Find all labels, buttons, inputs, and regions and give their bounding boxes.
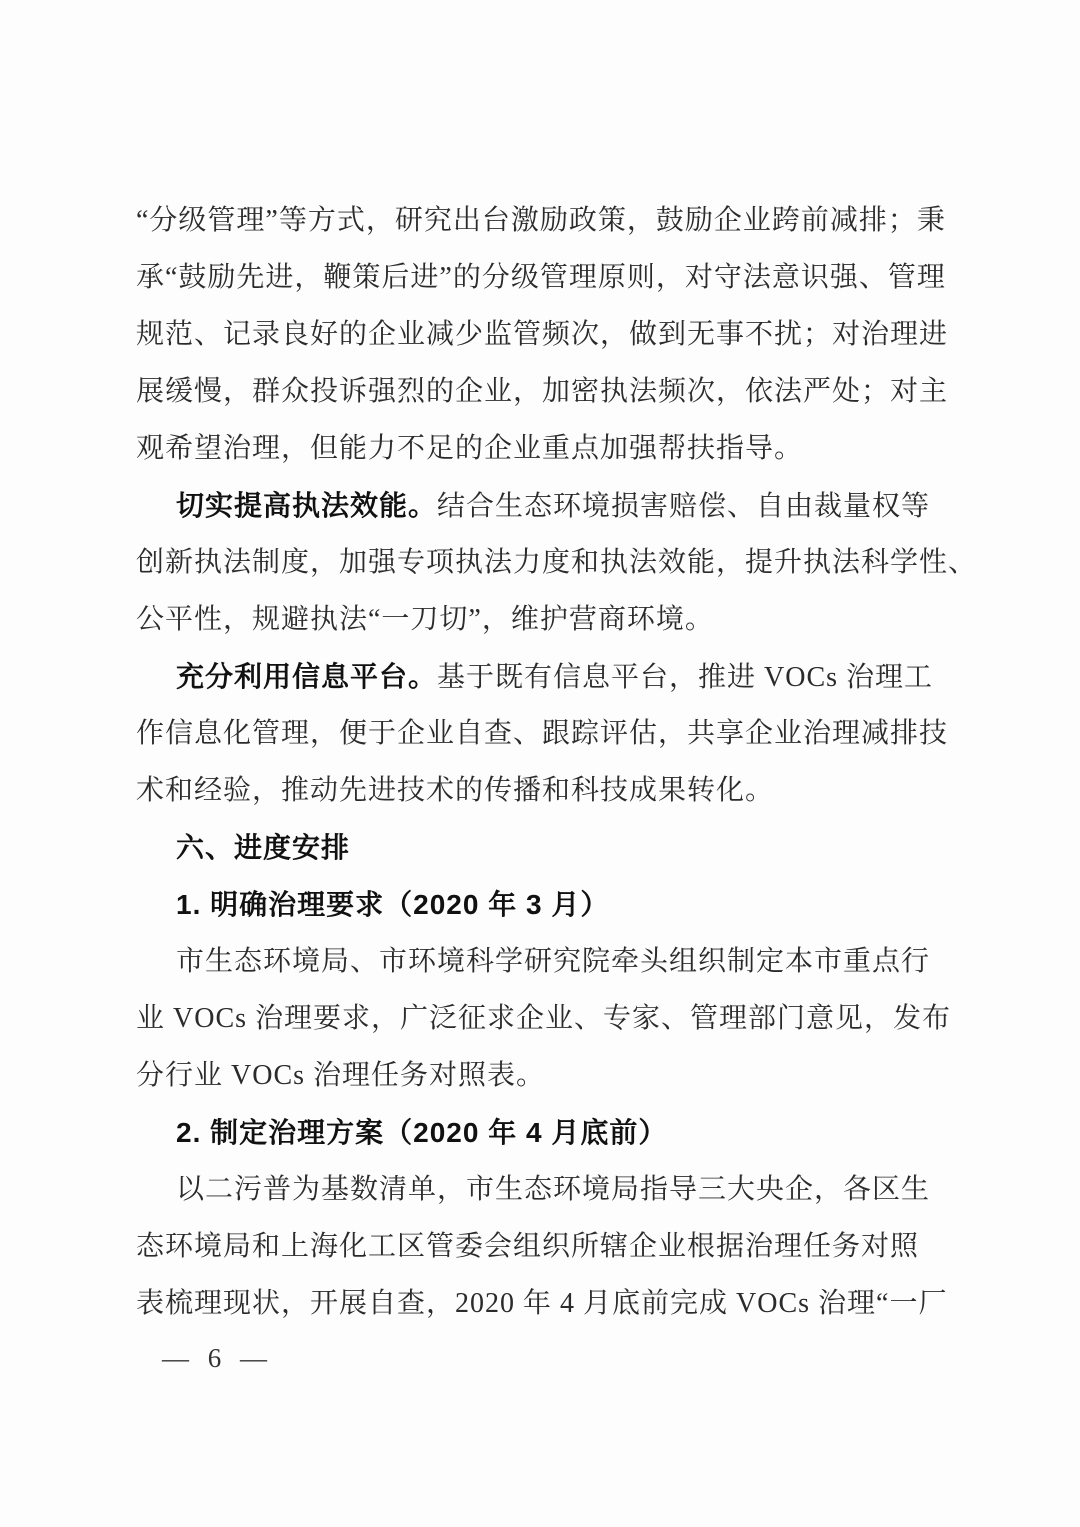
body-line: “分级管理”等方式，研究出台激励政策，鼓励企业跨前减排；秉 (136, 192, 956, 249)
page-number: — 6 — (162, 1338, 273, 1378)
body-line: 公平性，规避执法“一刀切”，维护营商环境。 (136, 591, 956, 648)
body-line: 规范、记录良好的企业减少监管频次，做到无事不扰；对治理进 (136, 306, 956, 363)
sub-heading-2: 2. 制定治理方案（2020 年 4 月底前） (136, 1104, 956, 1161)
body-line: 以二污普为基数清单，市生态环境局指导三大央企，各区生 (136, 1161, 956, 1218)
text-block: “分级管理”等方式，研究出台激励政策，鼓励企业跨前减排；秉 承“鼓励先进，鞭策后… (136, 192, 956, 1332)
paragraph-lead: 切实提高执法效能。 (176, 490, 437, 521)
body-line: 展缓慢，群众投诉强烈的企业，加密执法频次，依法严处；对主 (136, 363, 956, 420)
section-heading: 六、进度安排 (136, 819, 956, 876)
sub-heading-1: 1. 明确治理要求（2020 年 3 月） (136, 876, 956, 933)
paragraph-lead-rest: 结合生态环境损害赔偿、自由裁量权等 (437, 491, 930, 522)
paragraph-lead-rest: 基于既有信息平台，推进 VOCs 治理工 (437, 662, 933, 693)
body-line: 市生态环境局、市环境科学研究院牵头组织制定本市重点行 (136, 933, 956, 990)
document-page: “分级管理”等方式，研究出台激励政策，鼓励企业跨前减排；秉 承“鼓励先进，鞭策后… (0, 0, 1080, 1527)
body-line: 充分利用信息平台。基于既有信息平台，推进 VOCs 治理工 (136, 648, 956, 705)
body-line: 表梳理现状，开展自查，2020 年 4 月底前完成 VOCs 治理“一厂 (136, 1275, 956, 1332)
body-line: 业 VOCs 治理要求，广泛征求企业、专家、管理部门意见，发布 (136, 990, 956, 1047)
body-line: 分行业 VOCs 治理任务对照表。 (136, 1047, 956, 1104)
body-line: 观希望治理，但能力不足的企业重点加强帮扶指导。 (136, 420, 956, 477)
paragraph-lead: 充分利用信息平台。 (176, 661, 437, 692)
body-line: 切实提高执法效能。结合生态环境损害赔偿、自由裁量权等 (136, 477, 956, 534)
body-line: 承“鼓励先进，鞭策后进”的分级管理原则，对守法意识强、管理 (136, 249, 956, 306)
body-line: 作信息化管理，便于企业自查、跟踪评估，共享企业治理减排技 (136, 705, 956, 762)
body-line: 术和经验，推动先进技术的传播和科技成果转化。 (136, 762, 956, 819)
body-line: 创新执法制度，加强专项执法力度和执法效能，提升执法科学性、 (136, 534, 956, 591)
body-line: 态环境局和上海化工区管委会组织所辖企业根据治理任务对照 (136, 1218, 956, 1275)
